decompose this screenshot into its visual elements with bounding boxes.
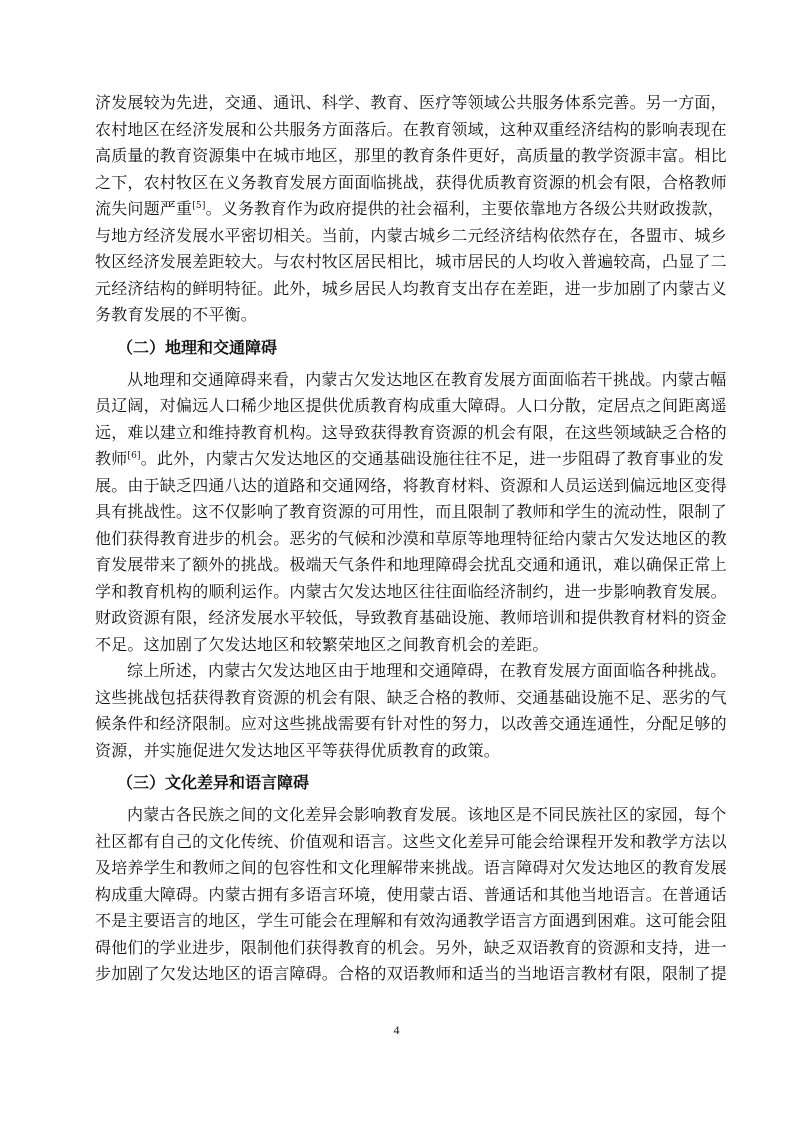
text-line: 碍他们的学业进步，限制他们获得教育的机会。另外，缺乏双语教育的资源和支持，进一 (95, 935, 698, 962)
text-line: 与地方经济发展水平密切相关。当前，内蒙古城乡二元经济结构依然存在，各盟市、城乡 (95, 223, 698, 250)
section-heading-culture-language: （三）文化差异和语言障碍 (95, 764, 698, 802)
text-line: 财政资源有限，经济发展水平较低，导致教育基础设施、教师培训和提供教育材料的资金 (95, 605, 698, 632)
text-line: 农村地区在经济发展和公共服务方面落后。在教育领域，这种双重经济结构的影响表现在 (95, 117, 698, 144)
text-line: 步加剧了欠发达地区的语言障碍。合格的双语教师和适当的当地语言教材有限，限制了提 (95, 961, 698, 988)
paragraph-geography-summary: 综上所述，内蒙古欠发达地区由于地理和交通障碍，在教育发展方面面临各种挑战。 这些… (95, 658, 698, 764)
text-line: 不是主要语言的地区，学生可能会在理解和有效沟通教学语言方面遇到困难。这可能会阻 (95, 908, 698, 935)
text-line: 学和教育机构的顺利运作。内蒙古欠发达地区往往面临经济制约，进一步影响教育发展。 (95, 579, 698, 606)
text-line: 流失问题严重[5]。义务教育作为政府提供的社会福利，主要依靠地方各级公共财政拨款… (95, 196, 698, 223)
paragraph-geography-barriers: 从地理和交通障碍来看，内蒙古欠发达地区在教育发展方面面临若干挑战。内蒙古幅 员辽… (95, 367, 698, 659)
text-line: 务教育发展的不平衡。 (95, 302, 698, 329)
text-line: 候条件和经济限制。应对这些挑战需要有针对性的努力，以改善交通连通性，分配足够的 (95, 711, 698, 738)
text-line: 牧区经济发展差距较大。与农村牧区居民相比，城市居民的人均收入普遍较高，凸显了二 (95, 249, 698, 276)
text-span: 流失问题严重 (95, 199, 192, 218)
text-line: 展。由于缺乏四通八达的道路和交通网络，将教育材料、资源和人员运送到偏远地区变得 (95, 473, 698, 500)
text-line: 济发展较为先进，交通、通讯、科学、教育、医疗等领域公共服务体系完善。另一方面， (95, 90, 698, 117)
page-number: 4 (0, 1023, 793, 1038)
text-span: 。义务教育作为政府提供的社会福利，主要依靠地方各级公共财政拨款， (206, 199, 724, 218)
text-span: 教师 (95, 449, 127, 468)
section-heading-geography: （二）地理和交通障碍 (95, 329, 698, 367)
text-line: 从地理和交通障碍来看，内蒙古欠发达地区在教育发展方面面临若干挑战。内蒙古幅 (95, 367, 698, 394)
citation-ref: [5] (192, 201, 205, 211)
text-line: 内蒙古各民族之间的文化差异会影响教育发展。该地区是不同民族社区的家园，每个 (95, 802, 698, 829)
text-line: 社区都有自己的文化传统、价值观和语言。这些文化差异可能会给课程开发和教学方法以 (95, 829, 698, 856)
text-line: 资源，并实施促进欠发达地区平等获得优质教育的政策。 (95, 738, 698, 765)
document-page: 济发展较为先进，交通、通讯、科学、教育、医疗等领域公共服务体系完善。另一方面， … (95, 90, 698, 988)
text-line: 教师[6]。此外，内蒙古欠发达地区的交通基础设施往往不足，进一步阻碍了教育事业的… (95, 446, 698, 473)
text-line: 育发展带来了额外的挑战。极端天气条件和地理障碍会扰乱交通和通讯，难以确保正常上 (95, 552, 698, 579)
text-line: 员辽阔，对偏远人口稀少地区提供优质教育构成重大障碍。人口分散，定居点之间距离遥 (95, 393, 698, 420)
text-line: 他们获得教育进步的机会。恶劣的气候和沙漠和草原等地理特征给内蒙古欠发达地区的教 (95, 526, 698, 553)
text-line: 高质量的教育资源集中在城市地区，那里的教育条件更好，高质量的教学资源丰富。相比 (95, 143, 698, 170)
citation-ref: [6] (127, 451, 140, 461)
paragraph-culture-language: 内蒙古各民族之间的文化差异会影响教育发展。该地区是不同民族社区的家园，每个 社区… (95, 802, 698, 988)
text-line: 不足。这加剧了欠发达地区和较繁荣地区之间教育机会的差距。 (95, 632, 698, 659)
paragraph-dual-economy: 济发展较为先进，交通、通讯、科学、教育、医疗等领域公共服务体系完善。另一方面， … (95, 90, 698, 329)
text-line: 元经济结构的鲜明特征。此外，城乡居民人均教育支出存在差距，进一步加剧了内蒙古义 (95, 276, 698, 303)
text-line: 远，难以建立和维持教育机构。这导致获得教育资源的机会有限，在这些领域缺乏合格的 (95, 420, 698, 447)
text-line: 综上所述，内蒙古欠发达地区由于地理和交通障碍，在教育发展方面面临各种挑战。 (95, 658, 698, 685)
text-line: 这些挑战包括获得教育资源的机会有限、缺乏合格的教师、交通基础设施不足、恶劣的气 (95, 685, 698, 712)
text-line: 及培养学生和教师之间的包容性和文化理解带来挑战。语言障碍对欠发达地区的教育发展 (95, 855, 698, 882)
text-line: 之下，农村牧区在义务教育发展方面面临挑战，获得优质教育资源的机会有限，合格教师 (95, 170, 698, 197)
text-span: 。此外，内蒙古欠发达地区的交通基础设施往往不足，进一步阻碍了教育事业的发 (141, 449, 724, 468)
text-line: 具有挑战性。这不仅影响了教育资源的可用性，而且限制了教师和学生的流动性，限制了 (95, 499, 698, 526)
text-line: 构成重大障碍。内蒙古拥有多语言环境，使用蒙古语、普通话和其他当地语言。在普通话 (95, 882, 698, 909)
